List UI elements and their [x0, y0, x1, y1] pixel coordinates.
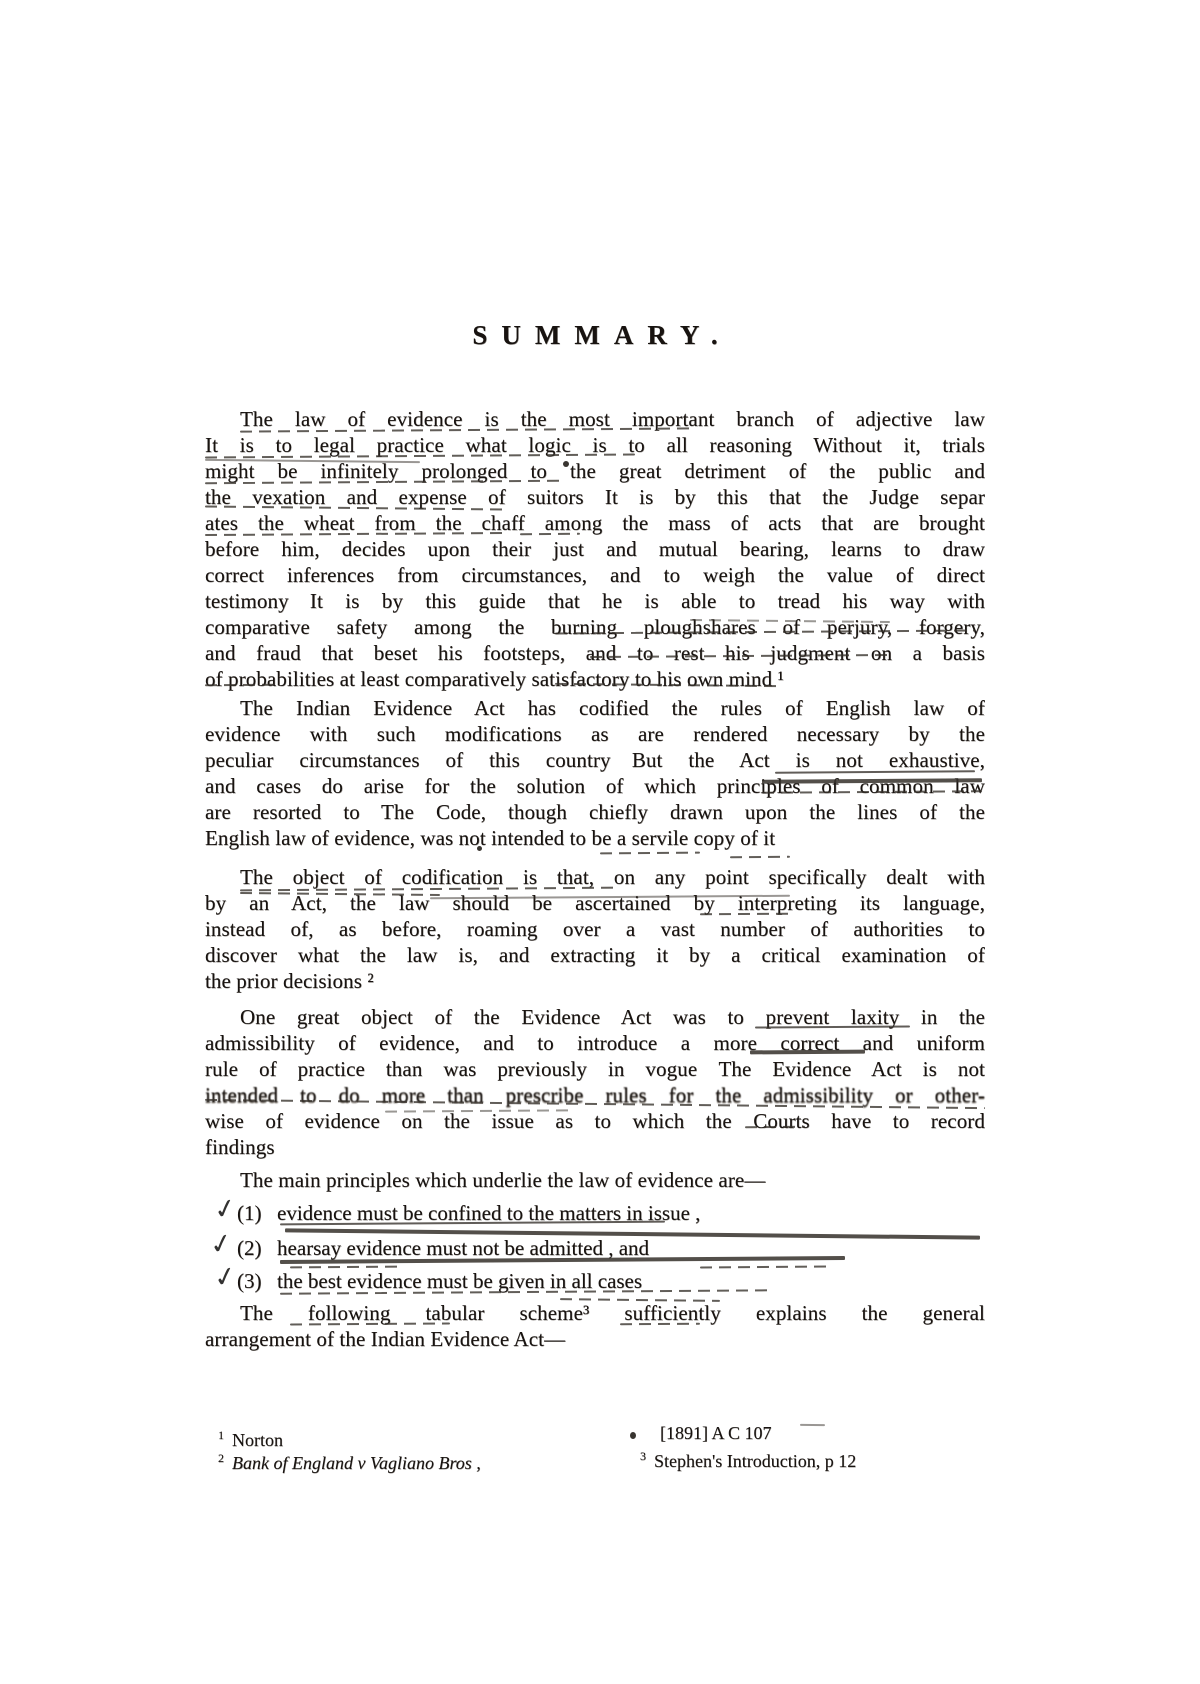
pencil-underline	[600, 852, 700, 855]
text-line: comparative safety among the burning plo…	[205, 614, 985, 640]
footnote-marker: 3	[640, 1449, 646, 1463]
footnote-3: 3Stephen's Introduction, p 12	[640, 1445, 980, 1468]
footnote-1: 1Norton	[218, 1424, 648, 1447]
text-line: instead of, as before, roaming over a va…	[205, 916, 985, 942]
book-page: SUMMARY. The law of evidence is the most…	[0, 0, 1200, 1684]
pencil-underline	[520, 533, 580, 535]
handwritten-checkmark: ✓	[211, 1262, 239, 1293]
pencil-scribble	[750, 1050, 865, 1055]
text-line: English law of evidence, was not intende…	[205, 825, 985, 851]
footnote-2: 2Bank of England v Vagliano Bros ,	[218, 1447, 648, 1470]
text-line: and cases do arise for the solution of w…	[205, 773, 985, 799]
handwritten-checkmark: ✓	[211, 1194, 239, 1225]
text-line: ates the wheat from the chaff among the …	[205, 510, 985, 536]
text-line: testimony It is by this guide that he is…	[205, 588, 985, 614]
footnote-marker: 1	[218, 1428, 224, 1442]
list-item-number: (2)	[237, 1235, 277, 1261]
pencil-underline	[730, 856, 790, 858]
list-item-text: hearsay evidence must not be admitted , …	[277, 1236, 649, 1260]
text-line: rule of practice than was previously in …	[205, 1056, 985, 1082]
paragraph-1: The law of evidence is the most importan…	[205, 406, 985, 692]
text-line: peculiar circumstances of this country B…	[205, 747, 985, 773]
text-line: The following tabular scheme³ sufficient…	[205, 1300, 985, 1326]
text-line: findings	[205, 1134, 985, 1160]
text-line: are resorted to The Code, though chiefly…	[205, 799, 985, 825]
list-item-number: (3)	[237, 1268, 277, 1294]
handwritten-checkmark: ✓	[207, 1229, 235, 1260]
text-line: The main principles which underlie the l…	[205, 1167, 985, 1193]
footnote-text: Stephen's Introduction, p 12	[654, 1451, 856, 1471]
text-line: and fraud that beset his footsteps, and …	[205, 640, 985, 666]
paragraph-closing: The following tabular scheme³ sufficient…	[205, 1300, 985, 1352]
text-line: The Indian Evidence Act has codified the…	[205, 695, 985, 721]
list-item-text: the best evidence must be given in all c…	[277, 1269, 642, 1293]
footnote-case-citation: Bank of England v Vagliano Bros ,	[232, 1453, 481, 1473]
text-line: before him, decides upon their just and …	[205, 536, 985, 562]
footnotes-right-column: [1891] A C 107 3Stephen's Introduction, …	[640, 1422, 980, 1468]
text-line: correct inferences from circumstances, a…	[205, 562, 985, 588]
text-line: arrangement of the Indian Evidence Act—	[205, 1326, 985, 1352]
text-line: admissibility of evidence, and to introd…	[205, 1030, 985, 1056]
pen-stroke	[800, 1424, 825, 1426]
paragraph-3: The object of codification is that, on a…	[205, 864, 985, 994]
footnotes-left-column: 1Norton 2Bank of England v Vagliano Bros…	[218, 1424, 648, 1470]
text-line: discover what the law is, and extracting…	[205, 942, 985, 968]
text-line: wise of evidence on the issue as to whic…	[205, 1108, 985, 1134]
ink-speck	[630, 1432, 636, 1439]
list-intro: The main principles which underlie the l…	[205, 1167, 985, 1193]
ink-speck	[477, 846, 482, 851]
list-item-number: (1)	[237, 1200, 277, 1226]
ink-speck	[563, 461, 569, 467]
page-title: SUMMARY.	[205, 320, 985, 351]
footnote-marker: 2	[218, 1451, 224, 1465]
text-line: evidence with such modifications as are …	[205, 721, 985, 747]
pencil-underline	[745, 1126, 805, 1128]
text-line: of probabilities at least comparatively …	[205, 666, 985, 692]
footnote-text: [1891] A C 107	[660, 1423, 772, 1443]
text-line: the prior decisions ²	[205, 968, 985, 994]
